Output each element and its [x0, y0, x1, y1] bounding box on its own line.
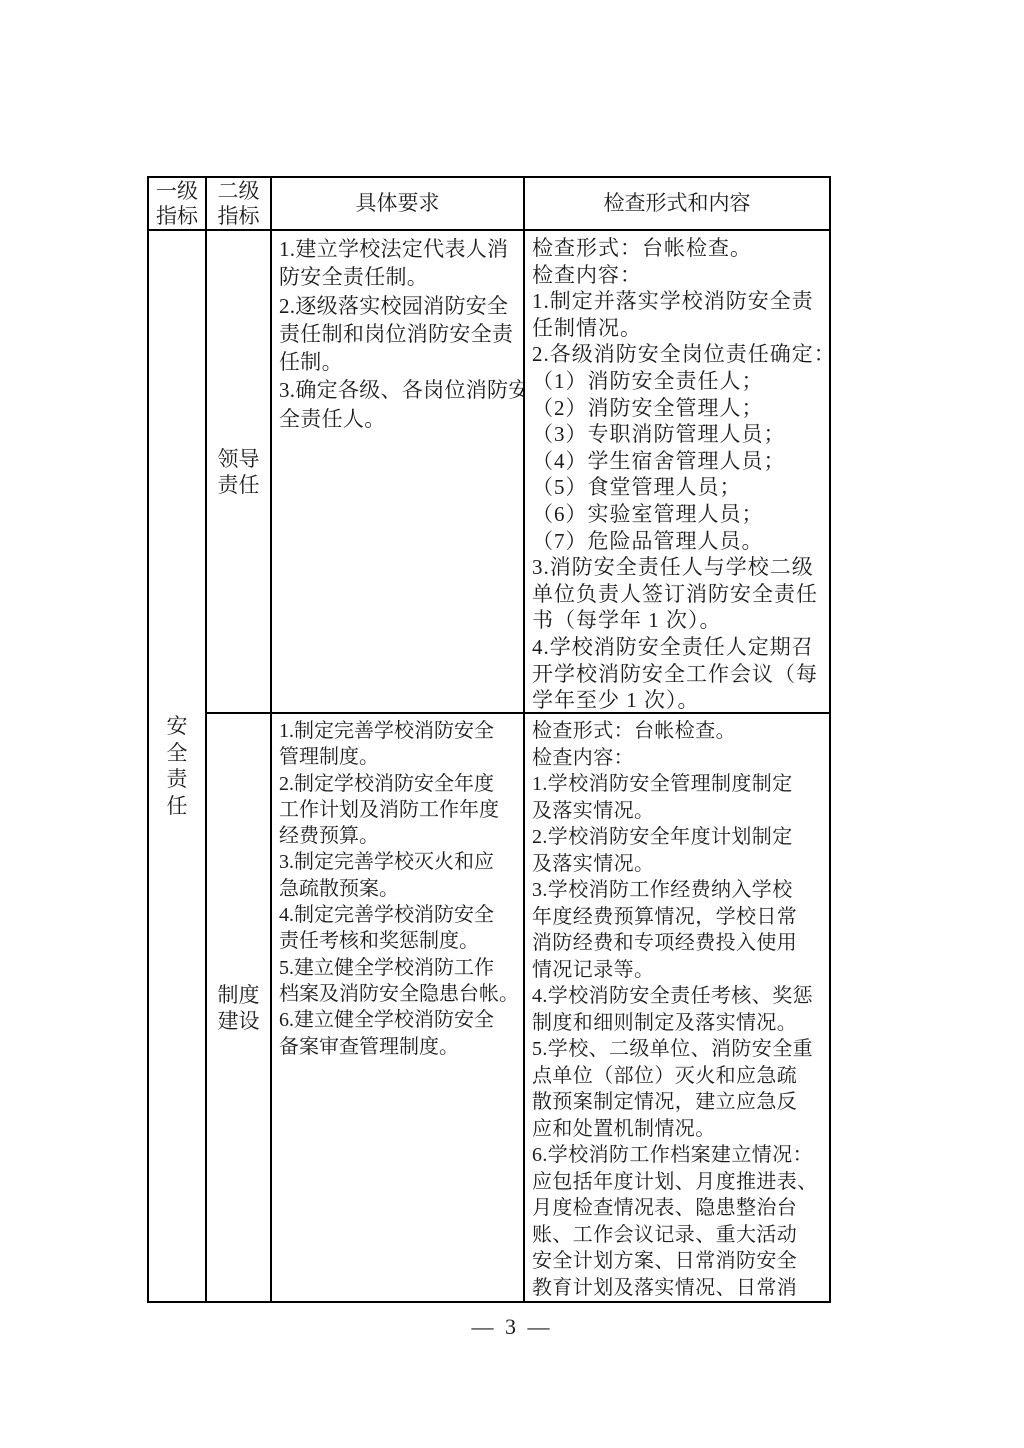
cell-level2-system-construction: 制度建设 [207, 714, 272, 1301]
text-line: 6.建立健全学校消防安全 [279, 1007, 519, 1033]
header-level2-indicator: 二级指标 [207, 178, 272, 231]
text-line: 4.制定完善学校消防安全 [279, 902, 519, 928]
text-line: 应包括年度计划、月度推进表、 [532, 1169, 825, 1196]
header-specific-requirements: 具体要求 [272, 178, 525, 231]
text-line: 全 [167, 740, 188, 767]
text-line: 领导 [218, 446, 260, 472]
cell-requirements-leadership: 1.建立学校法定代表人消防安全责任制。2.逐级落实校园消防安全责任制和岗位消防安… [272, 231, 525, 714]
text-line: 及落实情况。 [532, 851, 825, 878]
text-line: 责任 [218, 472, 260, 498]
text-line: 年度经费预算情况，学校日常 [532, 904, 825, 931]
text-line: 账、工作会议记录、重大活动 [532, 1222, 825, 1249]
text-line: （4）学生宿舍管理人员； [532, 448, 825, 475]
text-line: 检查形式：台帐检查。 [532, 718, 825, 745]
text-line: （6）实验室管理人员； [532, 501, 825, 528]
text-line: 任制情况。 [532, 315, 825, 342]
text-line: （5）食堂管理人员； [532, 474, 825, 501]
text-line: 5.学校、二级单位、消防安全重 [532, 1036, 825, 1063]
cell-inspection-system: 检查形式：台帐检查。检查内容：1.学校消防安全管理制度制定及落实情况。2.学校消… [525, 714, 829, 1301]
text-line: 点单位（部位）灭火和应急疏 [532, 1063, 825, 1090]
text-line: 经费预算。 [279, 823, 519, 849]
text-line: 建设 [218, 1008, 260, 1034]
text-line: 4.学校消防安全责任考核、奖惩 [532, 983, 825, 1010]
text-line: 单位负责人签订消防安全责任 [532, 581, 825, 608]
text-line: 书（每学年 1 次）。 [532, 607, 825, 634]
cell-inspection-leadership: 检查形式：台帐检查。检查内容：1.制定并落实学校消防安全责任制情况。2.各级消防… [525, 231, 829, 714]
text-line: 散预案制定情况，建立应急反 [532, 1089, 825, 1116]
text-line: 6.学校消防工作档案建立情况： [532, 1142, 825, 1169]
text-line: 1.制定并落实学校消防安全责 [532, 288, 825, 315]
header-level1-indicator: 一级指标 [149, 178, 207, 231]
text-line: 3.消防安全责任人与学校二级 [532, 554, 825, 581]
text-line: 全责任人。 [279, 405, 519, 433]
cell-requirements-system: 1.制定完善学校消防安全管理制度。2.制定学校消防安全年度工作计划及消防工作年度… [272, 714, 525, 1301]
text-line: 应和处置机制情况。 [532, 1116, 825, 1143]
text-line: 情况记录等。 [532, 957, 825, 984]
text-line: 防安全责任制。 [279, 263, 519, 291]
text-line: 3.制定完善学校灭火和应 [279, 849, 519, 875]
text-line: 责 [167, 766, 188, 793]
text-line: 月度检查情况表、隐患整治台 [532, 1195, 825, 1222]
text-line: （7）危险品管理人员。 [532, 528, 825, 555]
text-line: 检查内容： [532, 262, 825, 289]
header-inspection-form-content-label: 检查形式和内容 [604, 191, 751, 216]
text-line: 任制。 [279, 348, 519, 376]
text-line: 安全计划方案、日常消防安全 [532, 1248, 825, 1275]
document-page: { "colors": { "text": "#1c1c1c", "border… [0, 0, 1024, 1448]
text-line: 检查形式：台帐检查。 [532, 235, 825, 262]
text-line: 2.各级消防安全岗位责任确定： [532, 341, 825, 368]
text-line: 制度 [218, 982, 260, 1008]
text-line: 4.学校消防安全责任人定期召 [532, 634, 825, 661]
header-specific-requirements-label: 具体要求 [356, 191, 440, 216]
text-line: 安 [167, 713, 188, 740]
text-line: （2）消防安全管理人； [532, 395, 825, 422]
text-line: 2.制定学校消防安全年度 [279, 771, 519, 797]
indicator-table: 一级指标 二级指标 具体要求 检查形式和内容 安全责任 领导责任 1.建立学校法… [147, 176, 831, 1303]
text-line: 5.建立健全学校消防工作 [279, 955, 519, 981]
text-line: 制度和细则制定及落实情况。 [532, 1010, 825, 1037]
text-line: 急疏散预案。 [279, 876, 519, 902]
text-line: 学年至少 1 次）。 [532, 687, 825, 714]
text-line: 责任考核和奖惩制度。 [279, 928, 519, 954]
text-line: （3）专职消防管理人员； [532, 421, 825, 448]
text-line: 1.建立学校法定代表人消 [279, 235, 519, 263]
text-line: 开学校消防安全工作会议（每 [532, 661, 825, 688]
cell-level2-leadership-responsibility: 领导责任 [207, 231, 272, 714]
text-line: 二级 [218, 179, 260, 204]
text-line: 1.学校消防安全管理制度制定 [532, 771, 825, 798]
text-line: 备案审查管理制度。 [279, 1034, 519, 1060]
text-line: 工作计划及消防工作年度 [279, 797, 519, 823]
text-line: 检查内容： [532, 745, 825, 772]
text-line: 一级 [156, 179, 198, 204]
cell-level1-safety-responsibility: 安全责任 [149, 231, 207, 1301]
text-line: （1）消防安全责任人； [532, 368, 825, 395]
text-line: 指标 [156, 204, 198, 229]
text-line: 管理制度。 [279, 744, 519, 770]
text-line: 责任制和岗位消防安全责 [279, 320, 519, 348]
text-line: 1.制定完善学校消防安全 [279, 718, 519, 744]
text-line: 及落实情况。 [532, 798, 825, 825]
text-line: 消防经费和专项经费投入使用 [532, 930, 825, 957]
text-line: 2.学校消防安全年度计划制定 [532, 824, 825, 851]
header-inspection-form-content: 检查形式和内容 [525, 178, 829, 231]
text-line: 3.学校消防工作经费纳入学校 [532, 877, 825, 904]
text-line: 档案及消防安全隐患台帐。 [279, 981, 519, 1007]
text-line: 任 [167, 793, 188, 820]
page-number: — 3 — [0, 1314, 1024, 1340]
text-line: 指标 [218, 204, 260, 229]
text-line: 教育计划及落实情况、日常消 [532, 1275, 825, 1302]
text-line: 3.确定各级、各岗位消防安 [279, 376, 519, 404]
text-line: 2.逐级落实校园消防安全 [279, 292, 519, 320]
